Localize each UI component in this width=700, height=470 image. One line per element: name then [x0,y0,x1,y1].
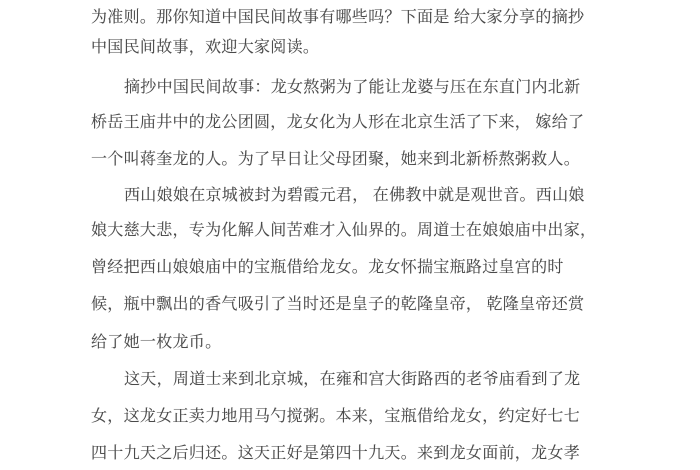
text-line: 曾经把西山娘娘庙中的宝瓶借给龙女。龙女怀揣宝瓶路过皇宫的时 [91,258,611,277]
text-line: 为准则。那你知道中国民间故事有哪些吗？下面是 给大家分享的摘抄 [91,8,611,27]
text-line: 给了她一枚龙币。 [91,333,611,352]
text-line-paragraph-start: 西山娘娘在京城被封为碧霞元君， 在佛教中就是观世音。西山娘 [91,186,644,205]
text-line: 桥岳王庙井中的龙公团圆，龙女化为人形在北京生活了下来， 嫁给了 [91,113,611,132]
text-line: 娘大慈大悲，专为化解人间苦难才入仙界的。周道士在娘娘庙中出家， [91,221,611,240]
text-line-paragraph-start: 摘抄中国民间故事：龙女熬粥为了能让龙婆与压在东直门内北新 [91,78,644,97]
text-line: 女，这龙女正卖力地用马勺搅粥。本来，宝瓶借给龙女，约定好七七 [91,407,611,426]
text-line-paragraph-start: 这天，周道士来到北京城，在雍和宫大街路西的老爷庙看到了龙 [91,370,644,389]
text-line: 一个叫蒋奎龙的人。为了早日让父母团聚，她来到北新桥熬粥救人。 [91,150,611,169]
document-page: 为准则。那你知道中国民间故事有哪些吗？下面是 给大家分享的摘抄 中国民间故事，欢… [0,0,700,470]
text-line: 四十九天之后归还。这天正好是第四十九天。来到龙女面前，龙女孝 [91,444,611,463]
text-line: 中国民间故事，欢迎大家阅读。 [91,38,611,57]
text-line: 候，瓶中飘出的香气吸引了当时还是皇子的乾隆皇帝， 乾隆皇帝还赏 [91,295,611,314]
